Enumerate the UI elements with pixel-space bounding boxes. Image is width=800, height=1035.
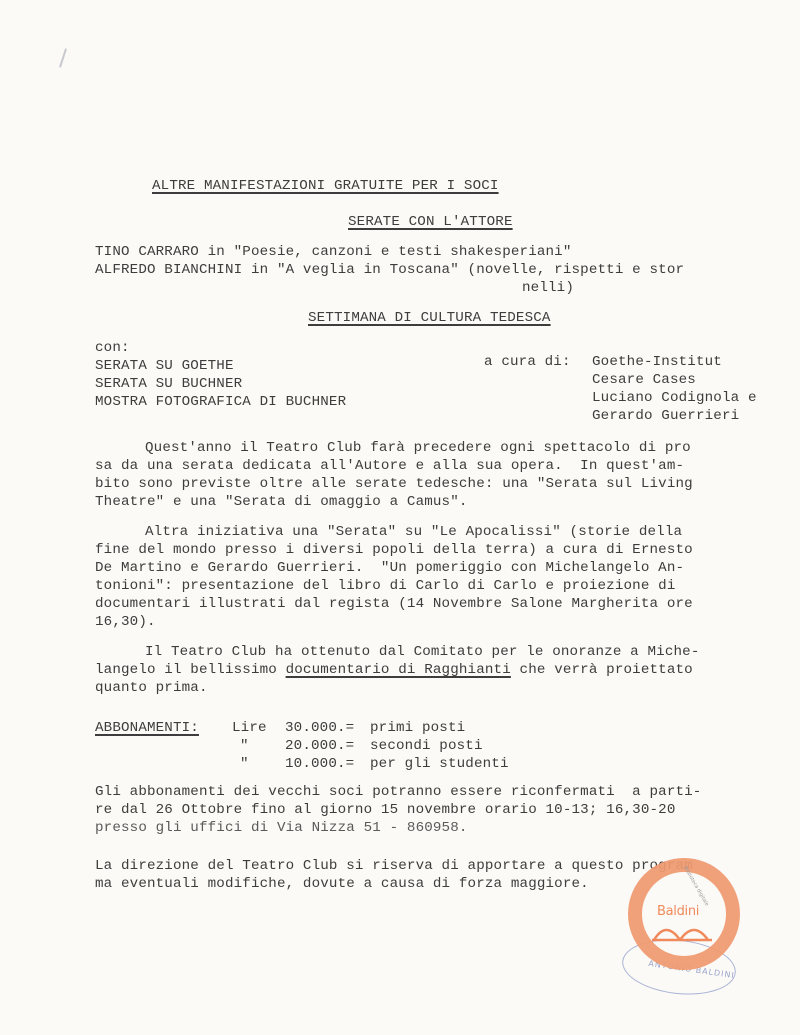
subscription-desc: secondi posti <box>370 738 483 754</box>
german-event: SERATA SU BUCHNER <box>95 376 242 392</box>
pen-mark <box>59 48 67 68</box>
actor-line-2: ALFREDO BIANCHINI in "A veglia in Toscan… <box>95 262 684 278</box>
subscription-desc: per gli studenti <box>370 756 509 772</box>
curator: Luciano Codignola e <box>592 390 757 406</box>
section-heading-actor: SERATE CON L'ATTORE <box>348 214 513 230</box>
subscription-price: 10.000.= <box>285 756 354 772</box>
paragraph-line: 16,30). <box>95 614 156 630</box>
curator: Cesare Cases <box>592 372 696 388</box>
document-title: ALTRE MANIFESTAZIONI GRATUITE PER I SOCI <box>152 178 499 194</box>
paragraph-line: bito sono previste oltre alle serate ted… <box>95 476 693 492</box>
paragraph-line: ma eventuali modifiche, dovute a causa d… <box>95 876 589 892</box>
paragraph-line: quanto prima. <box>95 680 208 696</box>
underlined-documentary: documentario di Ragghianti <box>286 662 511 678</box>
subscription-desc: primi posti <box>370 720 465 736</box>
paragraph-line: sa da una serata dedicata all'Autore e a… <box>95 458 684 474</box>
paragraph-line: Altra iniziativa una "Serata" su "Le Apo… <box>145 524 682 540</box>
paragraph-line: La direzione del Teatro Club si riserva … <box>95 858 693 874</box>
section-heading-german: SETTIMANA DI CULTURA TEDESCA <box>308 310 551 326</box>
paragraph-line: re dal 26 Ottobre fino al giorno 15 nove… <box>95 802 675 818</box>
german-event: MOSTRA FOTOGRAFICA DI BUCHNER <box>95 394 346 410</box>
paragraph-line: langelo il bellissimo documentario di Ra… <box>95 662 693 678</box>
paragraph-line: tonioni": presentazione del libro di Car… <box>95 578 675 594</box>
book-arches-icon <box>650 920 714 942</box>
subscription-prefix: " <box>240 738 249 754</box>
subscription-price: 20.000.= <box>285 738 354 754</box>
subscription-prefix: Lire <box>232 720 267 736</box>
baldini-logo-text: Baldini <box>657 904 699 919</box>
actor-line-1: TINO CARRARO in "Poesie, canzoni e testi… <box>95 244 572 260</box>
paragraph-line: fine del mondo presso i diversi popoli d… <box>95 542 693 558</box>
subscription-price: 30.000.= <box>285 720 354 736</box>
text-segment: langelo il bellissimo <box>95 662 286 678</box>
subscription-prefix: " <box>240 756 249 772</box>
paragraph-line: Quest'anno il Teatro Club farà precedere… <box>145 440 691 456</box>
document-page: ALTRE MANIFESTAZIONI GRATUITE PER I SOCI… <box>0 0 800 1035</box>
curator: Gerardo Guerrieri <box>592 408 739 424</box>
paragraph-line: documentari illustrati dal regista (14 N… <box>95 596 693 612</box>
german-event: SERATA SU GOETHE <box>95 358 234 374</box>
curator: Goethe-Institut <box>592 354 722 370</box>
text-segment: che verrà proiettato <box>511 662 693 678</box>
paragraph-line: Theatre" e una "Serata di omaggio a Camu… <box>95 494 468 510</box>
actor-line-3: nelli) <box>522 280 574 296</box>
subscriptions-label: ABBONAMENTI: <box>95 720 199 736</box>
german-intro: con: <box>95 340 130 356</box>
paragraph-line: Gli abbonamenti dei vecchi soci potranno… <box>95 784 701 800</box>
curated-label: a cura di: <box>484 354 571 370</box>
paragraph-line: De Martino e Gerardo Guerrieri. "Un pome… <box>95 560 684 576</box>
paragraph-line: Il Teatro Club ha ottenuto dal Comitato … <box>145 644 700 660</box>
paragraph-line: presso gli uffici di Via Nizza 51 - 8609… <box>95 820 468 836</box>
